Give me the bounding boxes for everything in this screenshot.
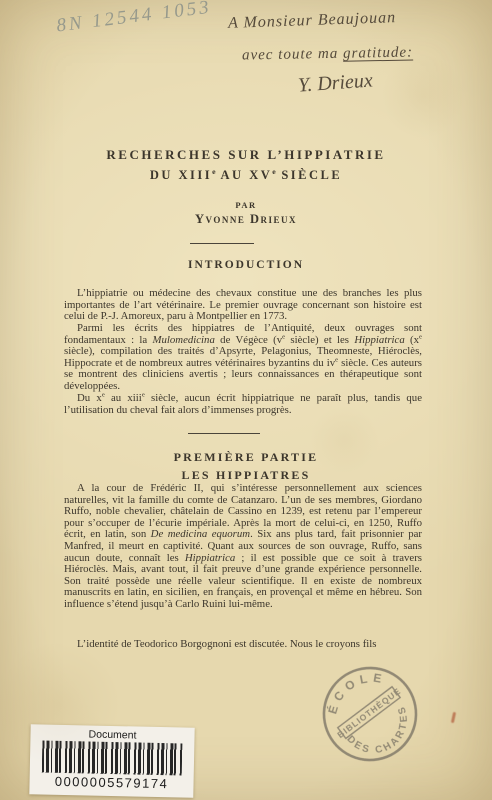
barcode-icon <box>42 741 183 776</box>
separator-rule-title <box>190 243 254 244</box>
scanned-page: 8N 12544 1053 A Monsieur Beaujouan avec … <box>0 0 492 800</box>
part-one-subheading: LES HIPPIATRES <box>64 468 428 483</box>
part-one-paragraph-1: A la cour de Frédéric II, qui s’intéress… <box>64 483 422 611</box>
barcode-label: Document 0000005579174 <box>29 724 194 797</box>
intro-paragraph-3: Du xe au xiiie siècle, aucun écrit hippi… <box>64 393 422 416</box>
main-title-line-1: RECHERCHES SUR L’HIPPIATRIE <box>64 147 428 163</box>
dedication-line-2: avec toute ma gratitude: <box>242 45 413 65</box>
barcode-number: 0000005579174 <box>29 773 193 791</box>
library-stamp: ÉCOLE BIBLIOTHÈQUE DES CHARTES <box>301 645 439 783</box>
part-one-heading: PREMIÈRE PARTIE <box>64 450 428 465</box>
shelfmark-pencil-note: 8N 12544 1053 <box>55 0 213 37</box>
red-ink-speck <box>451 712 456 723</box>
separator-rule-section <box>188 433 260 434</box>
author-name: Yvonne Drieux <box>64 212 428 227</box>
part-one-paragraph-2: L’identité de Teodorico Borgognoni est d… <box>64 639 422 651</box>
main-title-line-2: DU XIIIe AU XVe SIÈCLE <box>64 168 428 183</box>
dedication-signature: Y. Drieux <box>297 69 373 97</box>
intro-paragraph-2: Parmi les écrits des hippiatres de l’Ant… <box>64 323 422 393</box>
library-stamp-icon: ÉCOLE BIBLIOTHÈQUE DES CHARTES <box>301 645 439 783</box>
byline: PAR <box>64 200 428 210</box>
introduction-heading: INTRODUCTION <box>64 259 428 271</box>
intro-paragraph-1: L’hippiatrie ou médecine des chevaux con… <box>64 288 422 323</box>
dedication-line-1: A Monsieur Beaujouan <box>228 9 397 33</box>
